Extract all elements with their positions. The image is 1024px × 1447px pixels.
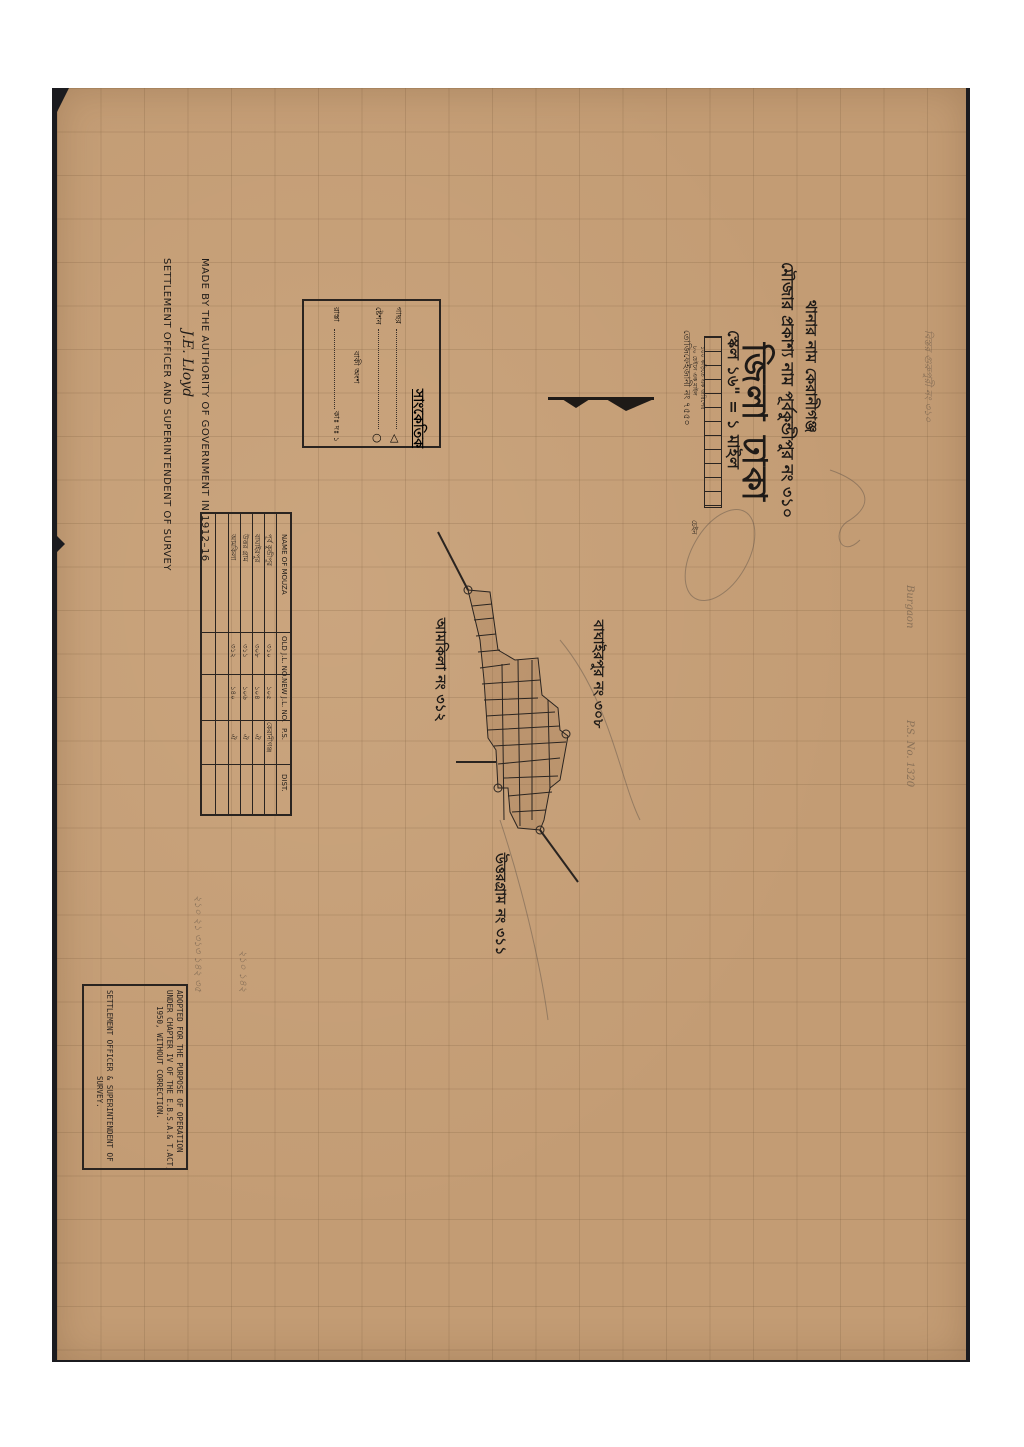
pencil-sketch-lines <box>0 0 1024 1447</box>
